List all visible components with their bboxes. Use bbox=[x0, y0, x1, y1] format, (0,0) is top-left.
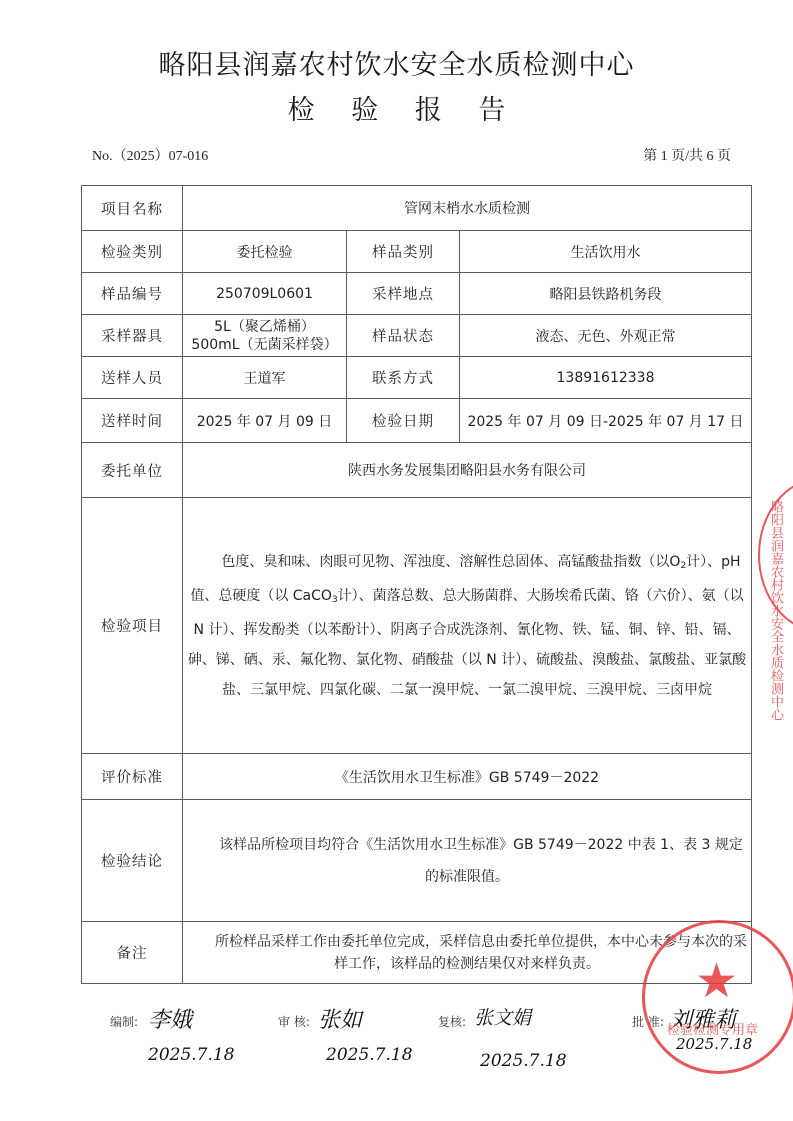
row-inspection-type: 检验类别 委托检验 样品类别 生活饮用水 bbox=[82, 231, 752, 273]
label-sample-type: 样品类别 bbox=[347, 231, 460, 273]
value-sample-state: 液态、无色、外观正常 bbox=[460, 315, 752, 357]
items-text-3: 计）、菌落总数、总大肠菌群、大肠埃希氏菌、铬（六价）、氨（以 N 计）、挥发酚类… bbox=[188, 588, 746, 698]
row-sampling-tools: 采样器具 5L（聚乙烯桶） 500mL（无菌采样袋） 样品状态 液态、无色、外观… bbox=[82, 315, 752, 357]
label-items: 检验项目 bbox=[82, 498, 183, 754]
label-inspection-type: 检验类别 bbox=[82, 231, 183, 273]
signature-review: 张如 bbox=[318, 1003, 362, 1034]
value-project-name: 管网末梢水水质检测 bbox=[183, 186, 752, 231]
organization-title: 略阳县润嘉农村饮水安全水质检测中心 bbox=[0, 43, 793, 82]
value-send-time: 2025 年 07 月 09 日 bbox=[183, 399, 347, 443]
label-recheck: 复核: bbox=[438, 1013, 466, 1030]
value-items: 色度、臭和味、肉眼可见物、浑浊度、溶解性总固体、高锰酸盐指数（以O2计）、pH … bbox=[183, 498, 752, 754]
signature-compile: 李娥 bbox=[148, 1003, 192, 1034]
row-client: 委托单位 陕西水务发展集团略阳县水务有限公司 bbox=[82, 443, 752, 498]
row-send-time: 送样时间 2025 年 07 月 09 日 检验日期 2025 年 07 月 0… bbox=[82, 399, 752, 443]
page-indicator: 第 1 页/共 6 页 bbox=[643, 145, 731, 165]
seal-bottom-text: 检验检测专用章 bbox=[667, 1019, 758, 1038]
label-contact: 联系方式 bbox=[347, 357, 460, 399]
label-sample-state: 样品状态 bbox=[347, 315, 460, 357]
label-project-name: 项目名称 bbox=[82, 186, 183, 231]
label-conclusion: 检验结论 bbox=[82, 800, 183, 922]
row-items: 检验项目 色度、臭和味、肉眼可见物、浑浊度、溶解性总固体、高锰酸盐指数（以O2计… bbox=[82, 498, 752, 754]
value-conclusion: 该样品所检项目均符合《生活饮用水卫生标准》GB 5749－2022 中表 1、表… bbox=[183, 800, 752, 922]
label-review: 审 核: bbox=[278, 1013, 310, 1030]
report-table: 项目名称 管网末梢水水质检测 检验类别 委托检验 样品类别 生活饮用水 样品编号… bbox=[81, 185, 752, 984]
label-remarks: 备注 bbox=[82, 922, 183, 984]
value-client: 陕西水务发展集团略阳县水务有限公司 bbox=[183, 443, 752, 498]
official-seal-icon: ★ 检验检测专用章 bbox=[642, 920, 793, 1074]
label-standard: 评价标准 bbox=[82, 754, 183, 800]
label-sampling-tools: 采样器具 bbox=[82, 315, 183, 357]
label-sample-no: 样品编号 bbox=[82, 273, 183, 315]
value-inspection-date: 2025 年 07 月 09 日-2025 年 07 月 17 日 bbox=[460, 399, 752, 443]
value-sample-no: 250709L0601 bbox=[183, 273, 347, 315]
label-inspection-date: 检验日期 bbox=[347, 399, 460, 443]
report-number: No.（2025）07-016 bbox=[92, 145, 208, 165]
value-inspection-type: 委托检验 bbox=[183, 231, 347, 273]
date-recheck: 2025.7.18 bbox=[480, 1051, 567, 1071]
value-sample-type: 生活饮用水 bbox=[460, 231, 752, 273]
value-sampling-site: 略阳县铁路机务段 bbox=[460, 273, 752, 315]
conclusion-text: 该样品所检项目均符合《生活饮用水卫生标准》GB 5749－2022 中表 1、表… bbox=[219, 837, 743, 885]
row-sender: 送样人员 王道军 联系方式 13891612338 bbox=[82, 357, 752, 399]
side-stamp-icon: 略阳县润嘉农村饮水安全水质检测中心 bbox=[758, 478, 793, 632]
date-review: 2025.7.18 bbox=[326, 1045, 413, 1065]
label-compile: 编制: bbox=[110, 1013, 138, 1030]
row-conclusion: 检验结论 该样品所检项目均符合《生活饮用水卫生标准》GB 5749－2022 中… bbox=[82, 800, 752, 922]
row-standard: 评价标准 《生活饮用水卫生标准》GB 5749－2022 bbox=[82, 754, 752, 800]
side-stamp-text: 略阳县润嘉农村饮水安全水质检测中心 bbox=[766, 500, 785, 721]
date-compile: 2025.7.18 bbox=[148, 1045, 235, 1065]
label-sampling-site: 采样地点 bbox=[347, 273, 460, 315]
seal-star-icon: ★ bbox=[695, 953, 738, 1009]
row-sample-no: 样品编号 250709L0601 采样地点 略阳县铁路机务段 bbox=[82, 273, 752, 315]
value-contact: 13891612338 bbox=[460, 357, 752, 399]
items-text-1: 色度、臭和味、肉眼可见物、浑浊度、溶解性总固体、高锰酸盐指数（以O bbox=[221, 554, 680, 570]
label-sender: 送样人员 bbox=[82, 357, 183, 399]
label-send-time: 送样时间 bbox=[82, 399, 183, 443]
value-sampling-tools: 5L（聚乙烯桶） 500mL（无菌采样袋） bbox=[183, 315, 347, 357]
label-client: 委托单位 bbox=[82, 443, 183, 498]
value-standard: 《生活饮用水卫生标准》GB 5749－2022 bbox=[183, 754, 752, 800]
sampling-tool-1: 5L（聚乙烯桶） bbox=[187, 318, 342, 336]
document-title: 检 验 报 告 bbox=[0, 88, 793, 127]
sampling-tool-2: 500mL（无菌采样袋） bbox=[187, 336, 342, 354]
signature-recheck: 张文娟 bbox=[474, 1003, 531, 1030]
value-sender: 王道军 bbox=[183, 357, 347, 399]
row-project-name: 项目名称 管网末梢水水质检测 bbox=[82, 186, 752, 231]
